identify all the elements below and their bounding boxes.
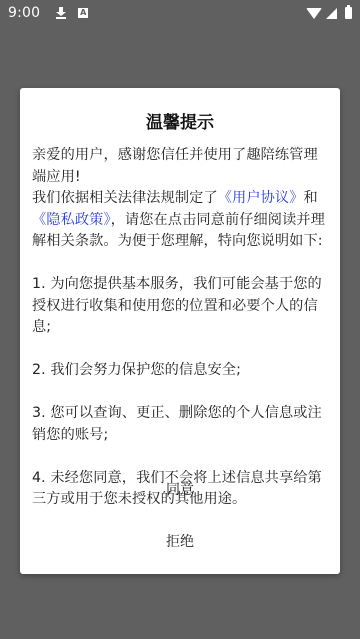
battery-charging-icon <box>345 7 352 19</box>
privacy-dialog: 温馨提示 亲爱的用户，感谢您信任并使用了趣陪练管理端应用! 我们依据相关法律法规… <box>20 88 340 574</box>
dialog-title: 温馨提示 <box>20 108 340 133</box>
status-bar-right <box>306 7 352 19</box>
intro-prefix: 我们依据相关法律法规制定了 <box>32 190 218 206</box>
user-agreement-link[interactable]: 《用户协议》 <box>218 190 304 206</box>
policy-item-2: 2. 我们会努力保护您的信息安全; <box>32 360 332 382</box>
intro-policy-text: 我们依据相关法律法规制定了《用户协议》和《隐私政策》，请您在点击同意前仔细阅读并… <box>32 188 332 253</box>
status-bar-left: 9:00 A <box>8 5 100 21</box>
a-notification-icon: A <box>78 8 88 18</box>
status-bar: 9:00 A <box>0 0 360 26</box>
policy-item-3: 3. 您可以查询、更正、删除您的个人信息或注销您的账号; <box>32 403 332 446</box>
signal-icon <box>326 8 337 19</box>
download-icon <box>56 7 66 19</box>
wifi-icon <box>306 8 322 19</box>
decline-button[interactable]: 拒绝 <box>20 531 340 551</box>
privacy-policy-link[interactable]: 《隐私政策》 <box>32 212 111 228</box>
agree-button[interactable]: 同意 <box>20 479 340 499</box>
policy-item-1: 1. 为向您提供基本服务，我们可能会基于您的授权进行收集和使用您的位置和必要个人… <box>32 274 332 339</box>
intro-and: 和 <box>303 190 317 206</box>
dialog-body: 亲爱的用户，感谢您信任并使用了趣陪练管理端应用! 我们依据相关法律法规制定了《用… <box>32 145 332 511</box>
status-time: 9:00 <box>8 5 40 21</box>
intro-greeting: 亲爱的用户，感谢您信任并使用了趣陪练管理端应用! <box>32 145 332 188</box>
